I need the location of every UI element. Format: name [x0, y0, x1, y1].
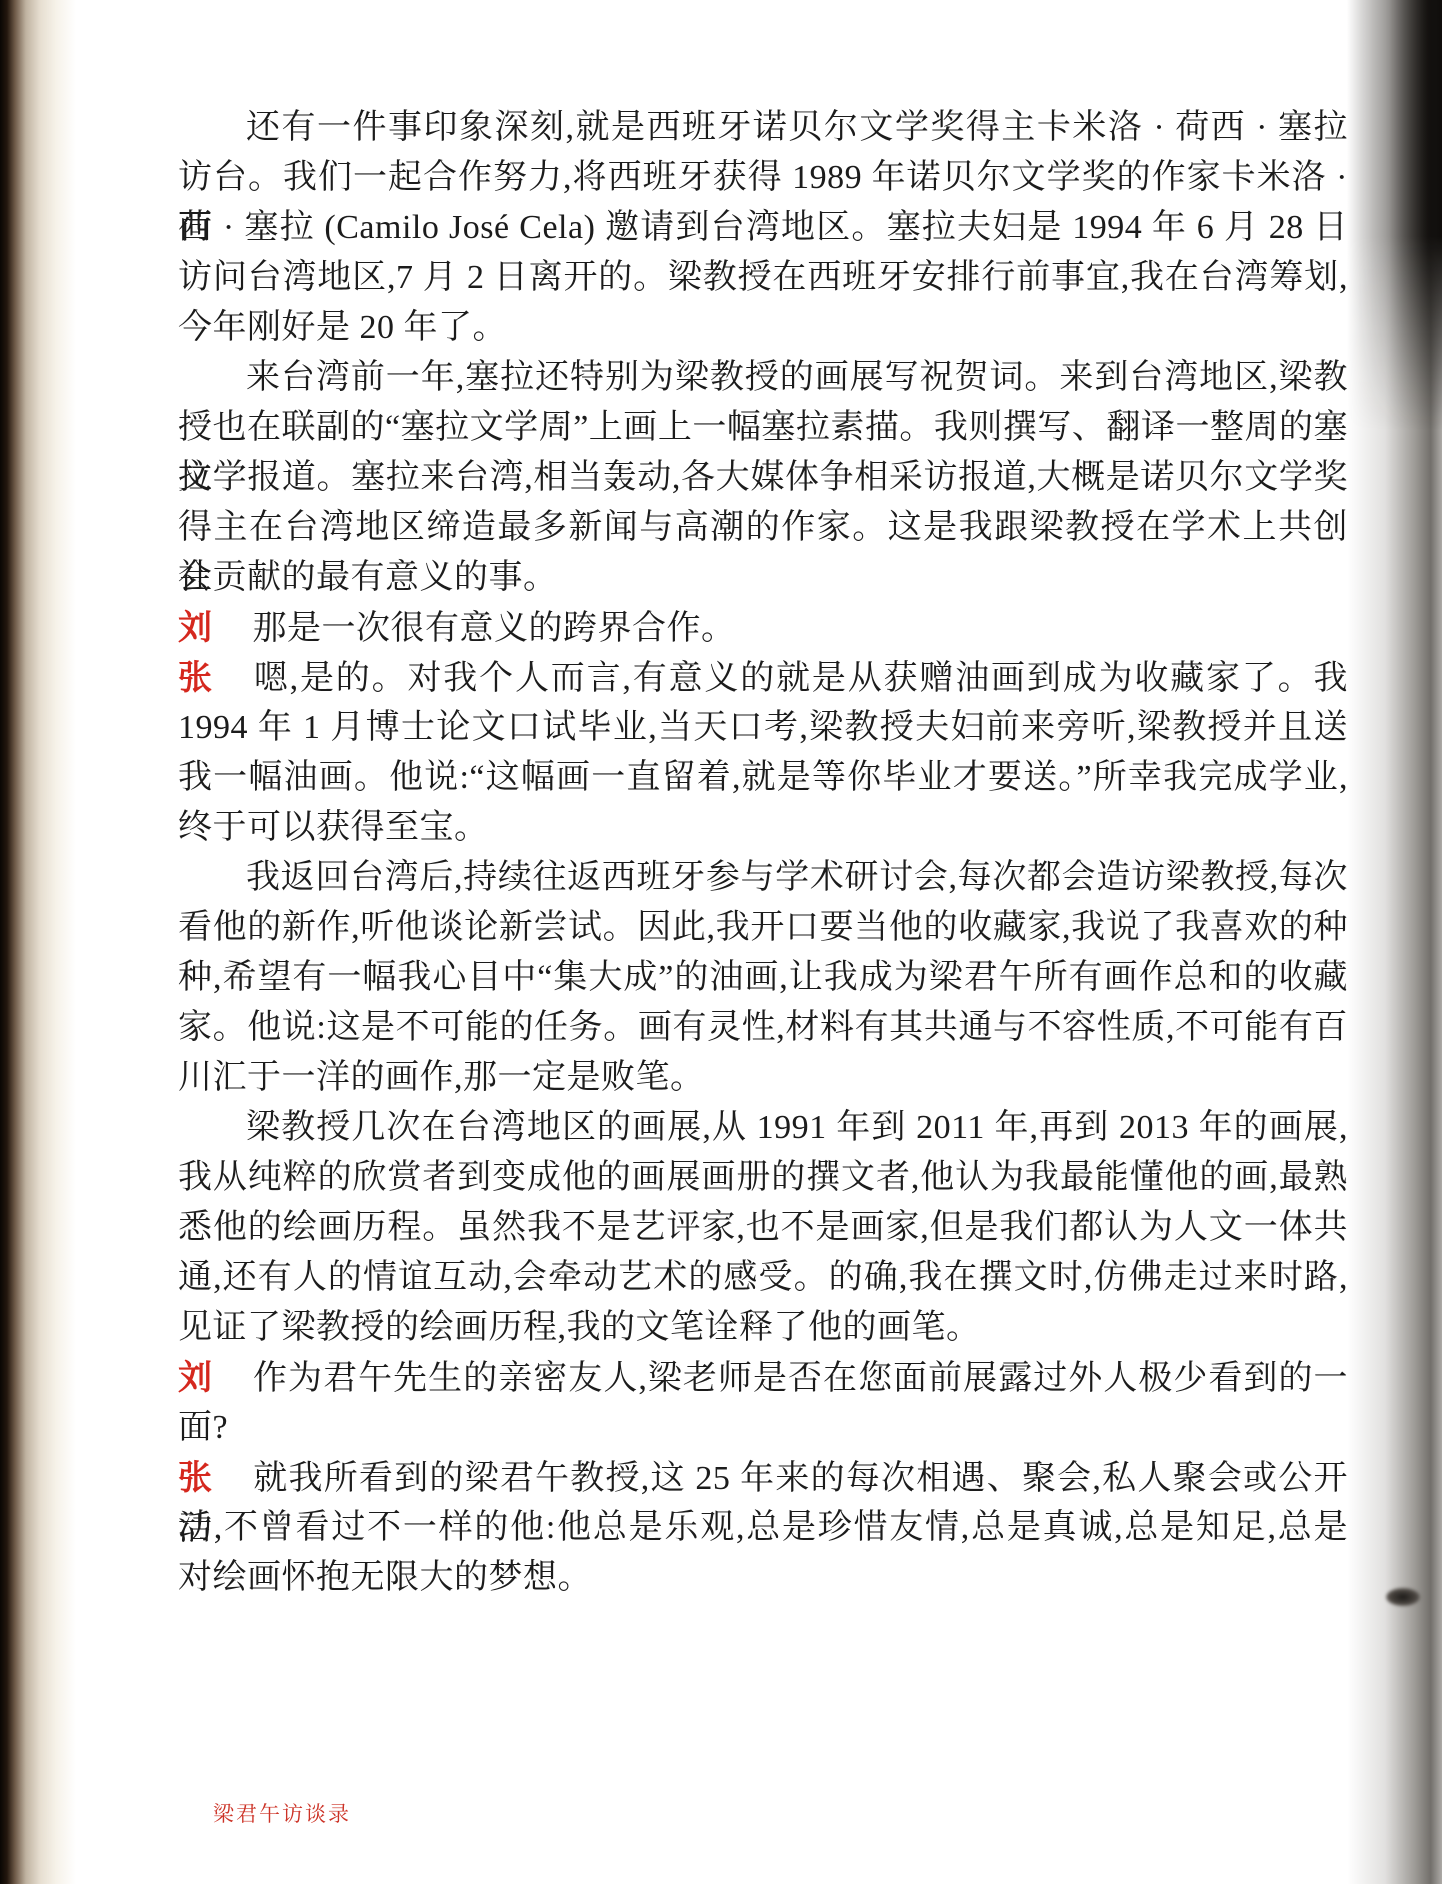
speaker-label: 刘 [178, 1359, 213, 1397]
line-text: 作为君午先生的亲密友人,梁老师是否在您面前展露过外人极少看到的一 [253, 1360, 1348, 1397]
text-line: 西 · 塞拉 (Camilo José Cela) 邀请到台湾地区。塞拉夫妇是 … [178, 203, 1348, 253]
line-text: 我一幅油画。他说:“这幅画一直留着,就是等你毕业才要送。”所幸我完成学业, [178, 759, 1348, 796]
line-text: 见证了梁教授的绘画历程,我的文笔诠释了他的画笔。 [178, 1309, 981, 1346]
text-line: 种,希望有一幅我心目中“集大成”的油画,让我成为梁君午所有画作总和的收藏 [178, 953, 1348, 1003]
text-line: 来台湾前一年,塞拉还特别为梁教授的画展写祝贺词。来到台湾地区,梁教 [178, 353, 1348, 403]
dialogue-line: 张嗯,是的。对我个人而言,有意义的就是从获赠油画到成为收藏家了。我 [178, 653, 1348, 703]
line-text: 那是一次很有意义的跨界合作。 [253, 610, 736, 647]
line-text: 终于可以获得至宝。 [178, 809, 489, 846]
text-line: 川汇于一洋的画作,那一定是败笔。 [178, 1053, 1348, 1103]
line-text: 西 · 塞拉 (Camilo José Cela) 邀请到台湾地区。塞拉夫妇是 … [178, 209, 1348, 246]
line-text: 还有一件事印象深刻,就是西班牙诺贝尔文学奖得主卡米洛 · 荷西 · 塞拉 [246, 109, 1348, 146]
line-text: 梁教授几次在台湾地区的画展,从 1991 年到 2011 年,再到 2013 年… [246, 1109, 1348, 1146]
text-line: 得主在台湾地区缔造最多新闻与高潮的作家。这是我跟梁教授在学术上共创社 [178, 503, 1348, 553]
dialogue-line: 张就我所看到的梁君午教授,这 25 年来的每次相遇、聚会,私人聚会或公开活 [178, 1453, 1348, 1503]
line-text: 访问台湾地区,7 月 2 日离开的。梁教授在西班牙安排行前事宜,我在台湾筹划, [178, 259, 1348, 296]
line-text: 川汇于一洋的画作,那一定是败笔。 [178, 1059, 705, 1096]
text-line: 今年刚好是 20 年了。 [178, 303, 1348, 353]
text-line: 访台。我们一起合作努力,将西班牙获得 1989 年诺贝尔文学奖的作家卡米洛 · … [178, 153, 1348, 203]
line-text: 来台湾前一年,塞拉还特别为梁教授的画展写祝贺词。来到台湾地区,梁教 [246, 359, 1348, 396]
line-text: 看他的新作,听他谈论新尝试。因此,我开口要当他的收藏家,我说了我喜欢的种 [178, 909, 1348, 946]
text-line: 我一幅油画。他说:“这幅画一直留着,就是等你毕业才要送。”所幸我完成学业, [178, 753, 1348, 803]
text-line: 我返回台湾后,持续往返西班牙参与学术研讨会,每次都会造访梁教授,每次 [178, 853, 1348, 903]
text-line: 我从纯粹的欣赏者到变成他的画展画册的撰文者,他认为我最能懂他的画,最熟 [178, 1153, 1348, 1203]
line-text: 对绘画怀抱无限大的梦想。 [178, 1559, 592, 1596]
text-line: 动,不曾看过不一样的他:他总是乐观,总是珍惜友情,总是真诚,总是知足,总是 [178, 1503, 1348, 1553]
footer-running-title: 梁君午访谈录 [213, 1798, 351, 1828]
line-text: 1994 年 1 月博士论文口试毕业,当天口考,梁教授夫妇前来旁听,梁教授并且送 [178, 709, 1348, 746]
text-line: 通,还有人的情谊互动,会牵动艺术的感受。的确,我在撰文时,仿佛走过来时路, [178, 1253, 1348, 1303]
text-line: 家。他说:这是不可能的任务。画有灵性,材料有其共通与不容性质,不可能有百 [178, 1003, 1348, 1053]
line-text: 面? [178, 1409, 228, 1446]
line-text: 会贡献的最有意义的事。 [178, 559, 558, 596]
line-text: 文学报道。塞拉来台湾,相当轰动,各大媒体争相采访报道,大概是诺贝尔文学奖 [178, 459, 1348, 496]
text-line: 访问台湾地区,7 月 2 日离开的。梁教授在西班牙安排行前事宜,我在台湾筹划, [178, 253, 1348, 303]
speaker-label: 刘 [178, 609, 213, 647]
text-line: 看他的新作,听他谈论新尝试。因此,我开口要当他的收藏家,我说了我喜欢的种 [178, 903, 1348, 953]
interview-text: 还有一件事印象深刻,就是西班牙诺贝尔文学奖得主卡米洛 · 荷西 · 塞拉访台。我… [178, 103, 1348, 1603]
line-text: 我返回台湾后,持续往返西班牙参与学术研讨会,每次都会造访梁教授,每次 [246, 859, 1348, 896]
line-text: 家。他说:这是不可能的任务。画有灵性,材料有其共通与不容性质,不可能有百 [178, 1009, 1348, 1046]
line-text: 动,不曾看过不一样的他:他总是乐观,总是珍惜友情,总是真诚,总是知足,总是 [178, 1509, 1348, 1546]
text-line: 文学报道。塞拉来台湾,相当轰动,各大媒体争相采访报道,大概是诺贝尔文学奖 [178, 453, 1348, 503]
text-line: 终于可以获得至宝。 [178, 803, 1348, 853]
dialogue-line: 刘那是一次很有意义的跨界合作。 [178, 603, 1348, 653]
line-text: 嗯,是的。对我个人而言,有意义的就是从获赠油画到成为收藏家了。我 [254, 660, 1348, 697]
text-line: 授也在联副的“塞拉文学周”上画上一幅塞拉素描。我则撰写、翻译一整周的塞拉 [178, 403, 1348, 453]
dialogue-line: 刘作为君午先生的亲密友人,梁老师是否在您面前展露过外人极少看到的一 [178, 1353, 1348, 1403]
ink-smudge [1386, 1588, 1420, 1606]
line-text: 悉他的绘画历程。虽然我不是艺评家,也不是画家,但是我们都认为人文一体共 [178, 1209, 1348, 1246]
text-line: 面? [178, 1403, 1348, 1453]
speaker-label: 张 [178, 1459, 213, 1497]
line-text: 今年刚好是 20 年了。 [178, 309, 507, 346]
text-line: 1994 年 1 月博士论文口试毕业,当天口考,梁教授夫妇前来旁听,梁教授并且送 [178, 703, 1348, 753]
text-line: 梁教授几次在台湾地区的画展,从 1991 年到 2011 年,再到 2013 年… [178, 1103, 1348, 1153]
text-line: 悉他的绘画历程。虽然我不是艺评家,也不是画家,但是我们都认为人文一体共 [178, 1203, 1348, 1253]
page-edge-shadow-top [1347, 0, 1442, 430]
text-line: 见证了梁教授的绘画历程,我的文笔诠释了他的画笔。 [178, 1303, 1348, 1353]
line-text: 通,还有人的情谊互动,会牵动艺术的感受。的确,我在撰文时,仿佛走过来时路, [178, 1259, 1348, 1296]
book-page-scan: 还有一件事印象深刻,就是西班牙诺贝尔文学奖得主卡米洛 · 荷西 · 塞拉访台。我… [0, 0, 1442, 1884]
text-line: 对绘画怀抱无限大的梦想。 [178, 1553, 1348, 1603]
line-text: 我从纯粹的欣赏者到变成他的画展画册的撰文者,他认为我最能懂他的画,最熟 [178, 1159, 1348, 1196]
speaker-label: 张 [178, 659, 214, 697]
text-line: 还有一件事印象深刻,就是西班牙诺贝尔文学奖得主卡米洛 · 荷西 · 塞拉 [178, 103, 1348, 153]
book-binding-shadow [0, 0, 92, 1884]
text-line: 会贡献的最有意义的事。 [178, 553, 1348, 603]
line-text: 种,希望有一幅我心目中“集大成”的油画,让我成为梁君午所有画作总和的收藏 [178, 959, 1348, 996]
